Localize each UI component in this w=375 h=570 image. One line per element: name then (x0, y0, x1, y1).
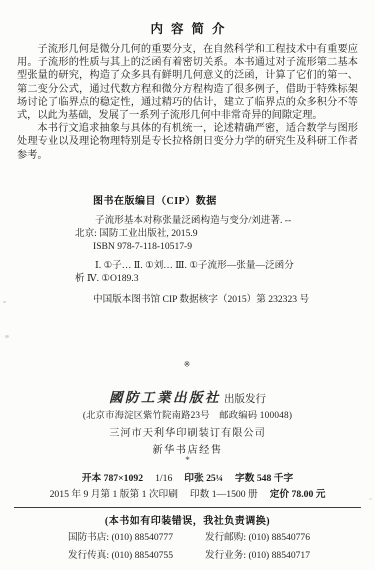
section-divider-mark: ※ (0, 360, 375, 369)
cip-spacer (75, 285, 345, 293)
publisher-suffix: 出版发行 (224, 394, 266, 405)
content-summary: 子流形几何是微分几何的重要分支，在自然科学和工程技术中有重要应用。子流形的性质与… (17, 43, 358, 162)
cip-class-line-1: Ⅰ. ①子… Ⅱ. ①刘… Ⅲ. ①子流形—张量—泛函分 (75, 259, 345, 272)
contact-sales: 发行业务: (010) 88540717 (205, 547, 310, 561)
intro-paragraph-2: 本书行文追求抽象与具体的有机统一，论述精确严密，适合数学与图形处理专业以及理论物… (17, 122, 358, 162)
intro-paragraph-1: 子流形几何是微分几何的重要分支，在自然科学和工程技术中有重要应用。子流形的性质与… (17, 43, 358, 122)
cip-title-line: 子流形基本对称张量泛函构造与变分/刘进著. -- (75, 214, 345, 227)
cip-data-block: 子流形基本对称张量泛函构造与变分/刘进著. -- 北京: 国防工业出版社, 20… (75, 214, 345, 306)
book-copyright-page: 内容简介 子流形几何是微分几何的重要分支，在自然科学和工程技术中有重要应用。子流… (0, 0, 375, 570)
contact-phone: (010) 88540717 (248, 550, 310, 561)
contact-label: 发行传真: (68, 550, 109, 561)
price: 定价 78.00 元 (270, 489, 326, 500)
scan-artifact-speck (5, 335, 9, 338)
contact-mail-order: 发行邮购: (010) 88540776 (205, 529, 310, 543)
page-title: 内容简介 (0, 19, 375, 37)
format-fraction: 1/16 (155, 473, 172, 484)
footer-divider-rule (14, 507, 361, 508)
cip-header: 图书在版编目（CIP）数据 (93, 192, 217, 207)
errata-notice: (本书如有印装错误，我社负责调换) (0, 512, 375, 527)
cip-record-line: 中国版本图书馆 CIP 数据核字（2015）第 232323 号 (75, 293, 345, 306)
cip-publisher-line: 北京: 国防工业出版社, 2015.9 (75, 227, 345, 240)
cip-isbn-line: ISBN 978-7-118-10517-9 (75, 240, 345, 253)
format-spec-line: 开本 787×10921/16印张 25¼字数 548 千字 (0, 470, 375, 484)
publisher-script-name: 國防工業出版社 (109, 390, 221, 405)
star-separator: * (0, 455, 375, 465)
edition-info: 2015 年 9 月第 1 版第 1 次印刷 (50, 489, 178, 500)
edition-spec-line: 2015 年 9 月第 1 版第 1 次印刷印数 1—1500 册定价 78.0… (0, 486, 375, 500)
contact-phone: (010) 88540776 (248, 532, 310, 543)
contact-label: 发行业务: (205, 550, 246, 561)
format-size: 开本 787×1092 (82, 473, 143, 484)
contact-row-2: 发行传真: (010) 88540755 发行业务: (010) 8854071… (0, 547, 375, 561)
cip-class-line-2: 析 Ⅳ. ①O189.3 (75, 272, 345, 285)
publisher-imprint-line: 國防工業出版社出版发行 (0, 386, 375, 406)
contact-phone: (010) 88540777 (111, 532, 173, 543)
scan-artifact-speck (3, 301, 6, 303)
printer-line: 三河市天利华印刷装订有限公司 (0, 424, 375, 439)
distributor-line: 新华书店经售 (0, 441, 375, 456)
format-wordcount: 字数 548 千字 (235, 473, 293, 484)
contact-phone: (010) 88540755 (111, 550, 173, 561)
contact-row-1: 国防书店: (010) 88540777 发行邮购: (010) 8854077… (0, 529, 375, 543)
print-run: 印数 1—1500 册 (190, 489, 258, 500)
contact-label: 国防书店: (68, 532, 109, 543)
scan-artifact-speck (369, 498, 372, 500)
publisher-address: (北京市海淀区紫竹院南路23号 邮政编码 100048) (0, 407, 375, 421)
format-sheets: 印张 25¼ (184, 473, 223, 484)
contact-defense-bookstore: 国防书店: (010) 88540777 (68, 529, 173, 543)
contact-fax: 发行传真: (010) 88540755 (68, 547, 173, 561)
contact-label: 发行邮购: (205, 532, 246, 543)
